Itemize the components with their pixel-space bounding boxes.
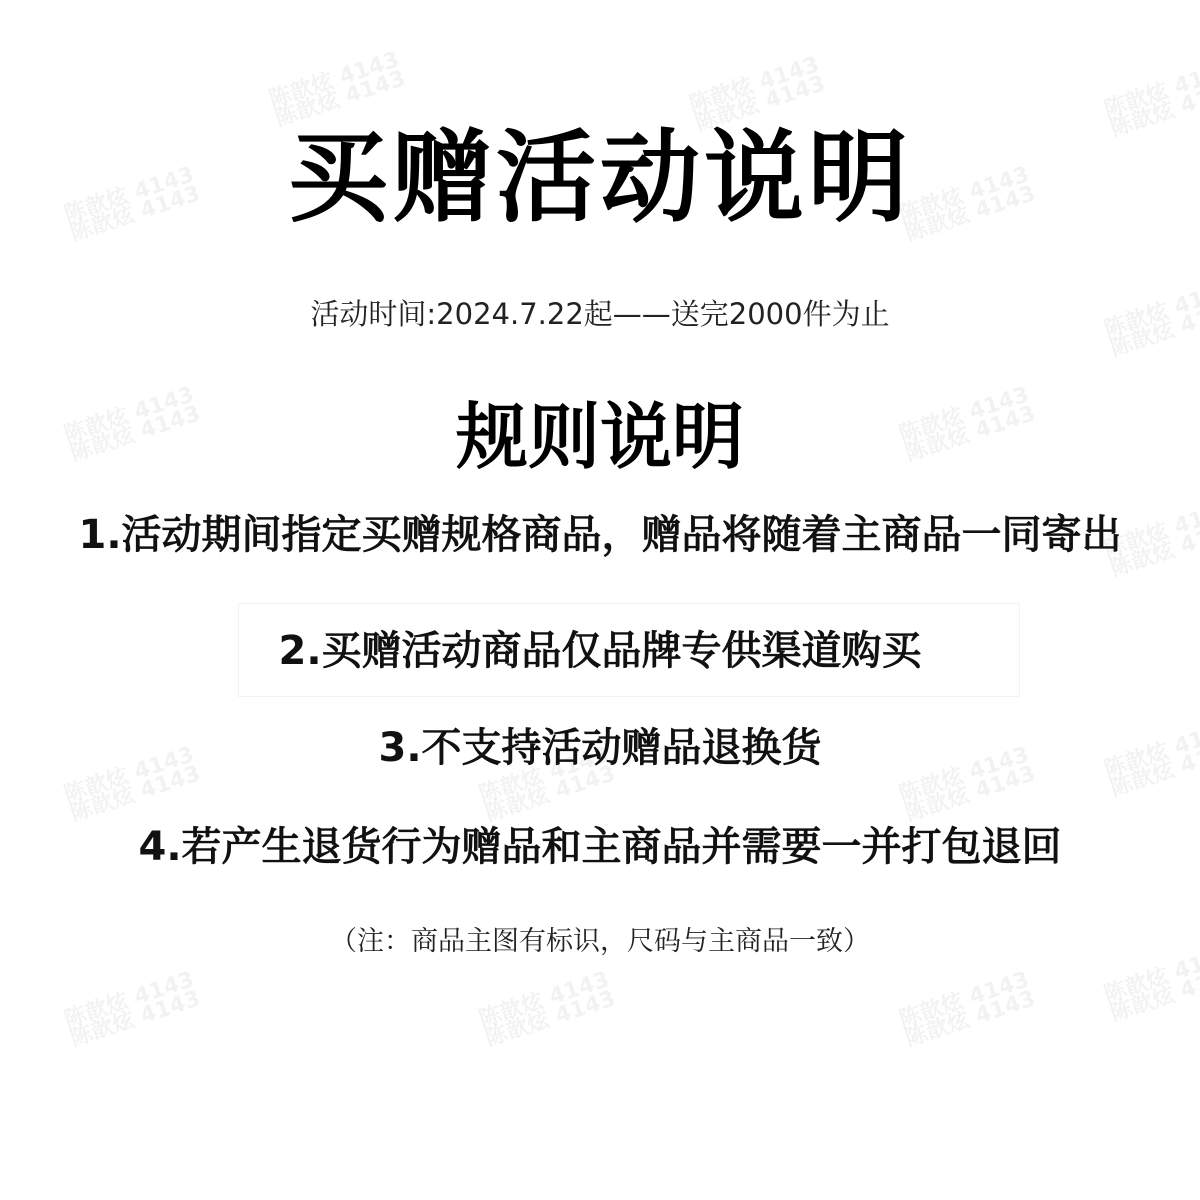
- activity-time: 活动时间:2024.7.22起——送完2000件为止: [0, 296, 1200, 332]
- watermark: 陈歆炫 4143 陈歆炫 4143: [897, 970, 1038, 1050]
- page-title: 买赠活动说明: [0, 118, 1200, 238]
- watermark: 陈歆炫 4143 陈歆炫 4143: [62, 970, 203, 1050]
- watermark: 陈歆炫 4143 陈歆炫 4143: [477, 970, 618, 1050]
- rule-item-4: 4.若产生退货行为赠品和主商品并需要一并打包退回: [0, 822, 1200, 872]
- rule-item-1: 1.活动期间指定买赠规格商品，赠品将随着主商品一同寄出: [0, 510, 1200, 560]
- rule-item-3: 3.不支持活动赠品退换货: [0, 723, 1200, 773]
- rule-item-2: 2.买赠活动商品仅品牌专供渠道购买: [0, 626, 1200, 676]
- note-text: （注：商品主图有标识，尺码与主商品一致）: [0, 925, 1200, 959]
- rules-heading: 规则说明: [0, 395, 1200, 479]
